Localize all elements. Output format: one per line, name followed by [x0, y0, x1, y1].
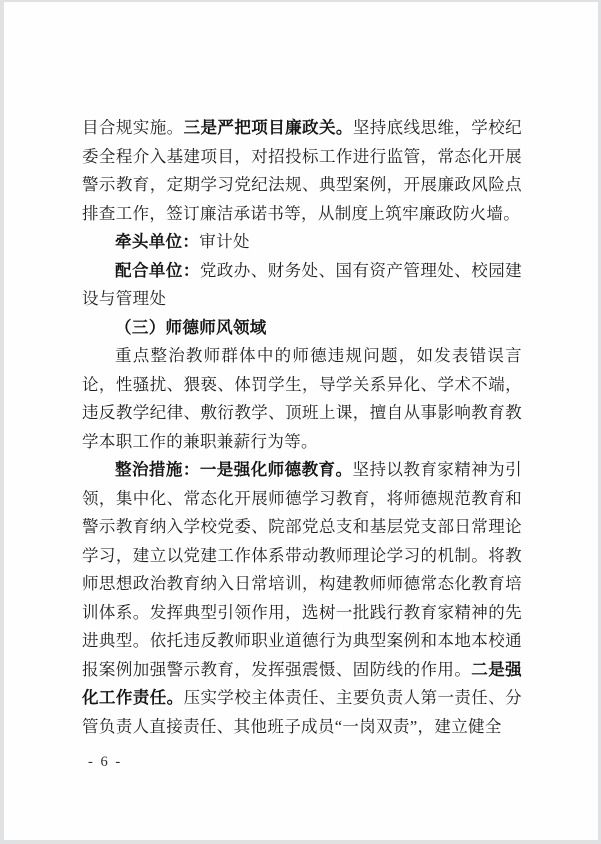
- support-unit-label: 配合单位：: [115, 261, 200, 280]
- page-number: - 6 -: [88, 754, 122, 771]
- section-heading-text: （三）师德师风领域: [115, 318, 267, 337]
- document-viewport: 目合规实施。三是严把项目廉政关。坚持底线思维，学校纪委全程介入基建项目，对招投标…: [0, 0, 601, 844]
- document-page: 目合规实施。三是严把项目廉政关。坚持底线思维，学校纪委全程介入基建项目，对招投标…: [4, 2, 598, 840]
- body-text: 目合规实施。三是严把项目廉政关。坚持底线思维，学校纪委全程介入基建项目，对招投标…: [82, 114, 522, 741]
- lead-unit-line: 牵头单位：审计处: [82, 228, 522, 257]
- bold-runin-heading: 三是严把项目廉政关。: [184, 118, 353, 137]
- support-unit-line: 配合单位：党政办、财务处、国有资产管理处、校园建设与管理处: [82, 257, 522, 314]
- lead-unit-value: 审计处: [199, 232, 250, 251]
- paragraph-text: 重点整治教师群体中的师德违规问题，如发表错误言论，性骚扰、猥亵、体罚学生，导学关…: [82, 346, 522, 451]
- paragraph-ethics-issues: 重点整治教师群体中的师德违规问题，如发表错误言论，性骚扰、猥亵、体罚学生，导学关…: [82, 342, 522, 456]
- paragraph-text: 目合规实施。: [82, 118, 184, 137]
- paragraph-text: 坚持以教育家精神为引领，集中化、常态化开展师德学习教育，将师德规范教育和警示教育…: [82, 460, 522, 679]
- paragraph-remediation-measures: 整治措施：一是强化师德教育。坚持以教育家精神为引领，集中化、常态化开展师德学习教…: [82, 456, 522, 741]
- lead-unit-label: 牵头单位：: [115, 232, 199, 251]
- section-heading: （三）师德师风领域: [82, 314, 522, 343]
- paragraph-project-integrity: 目合规实施。三是严把项目廉政关。坚持底线思维，学校纪委全程介入基建项目，对招投标…: [82, 114, 522, 228]
- bold-runin-heading: 整治措施：一是强化师德教育。: [115, 460, 352, 479]
